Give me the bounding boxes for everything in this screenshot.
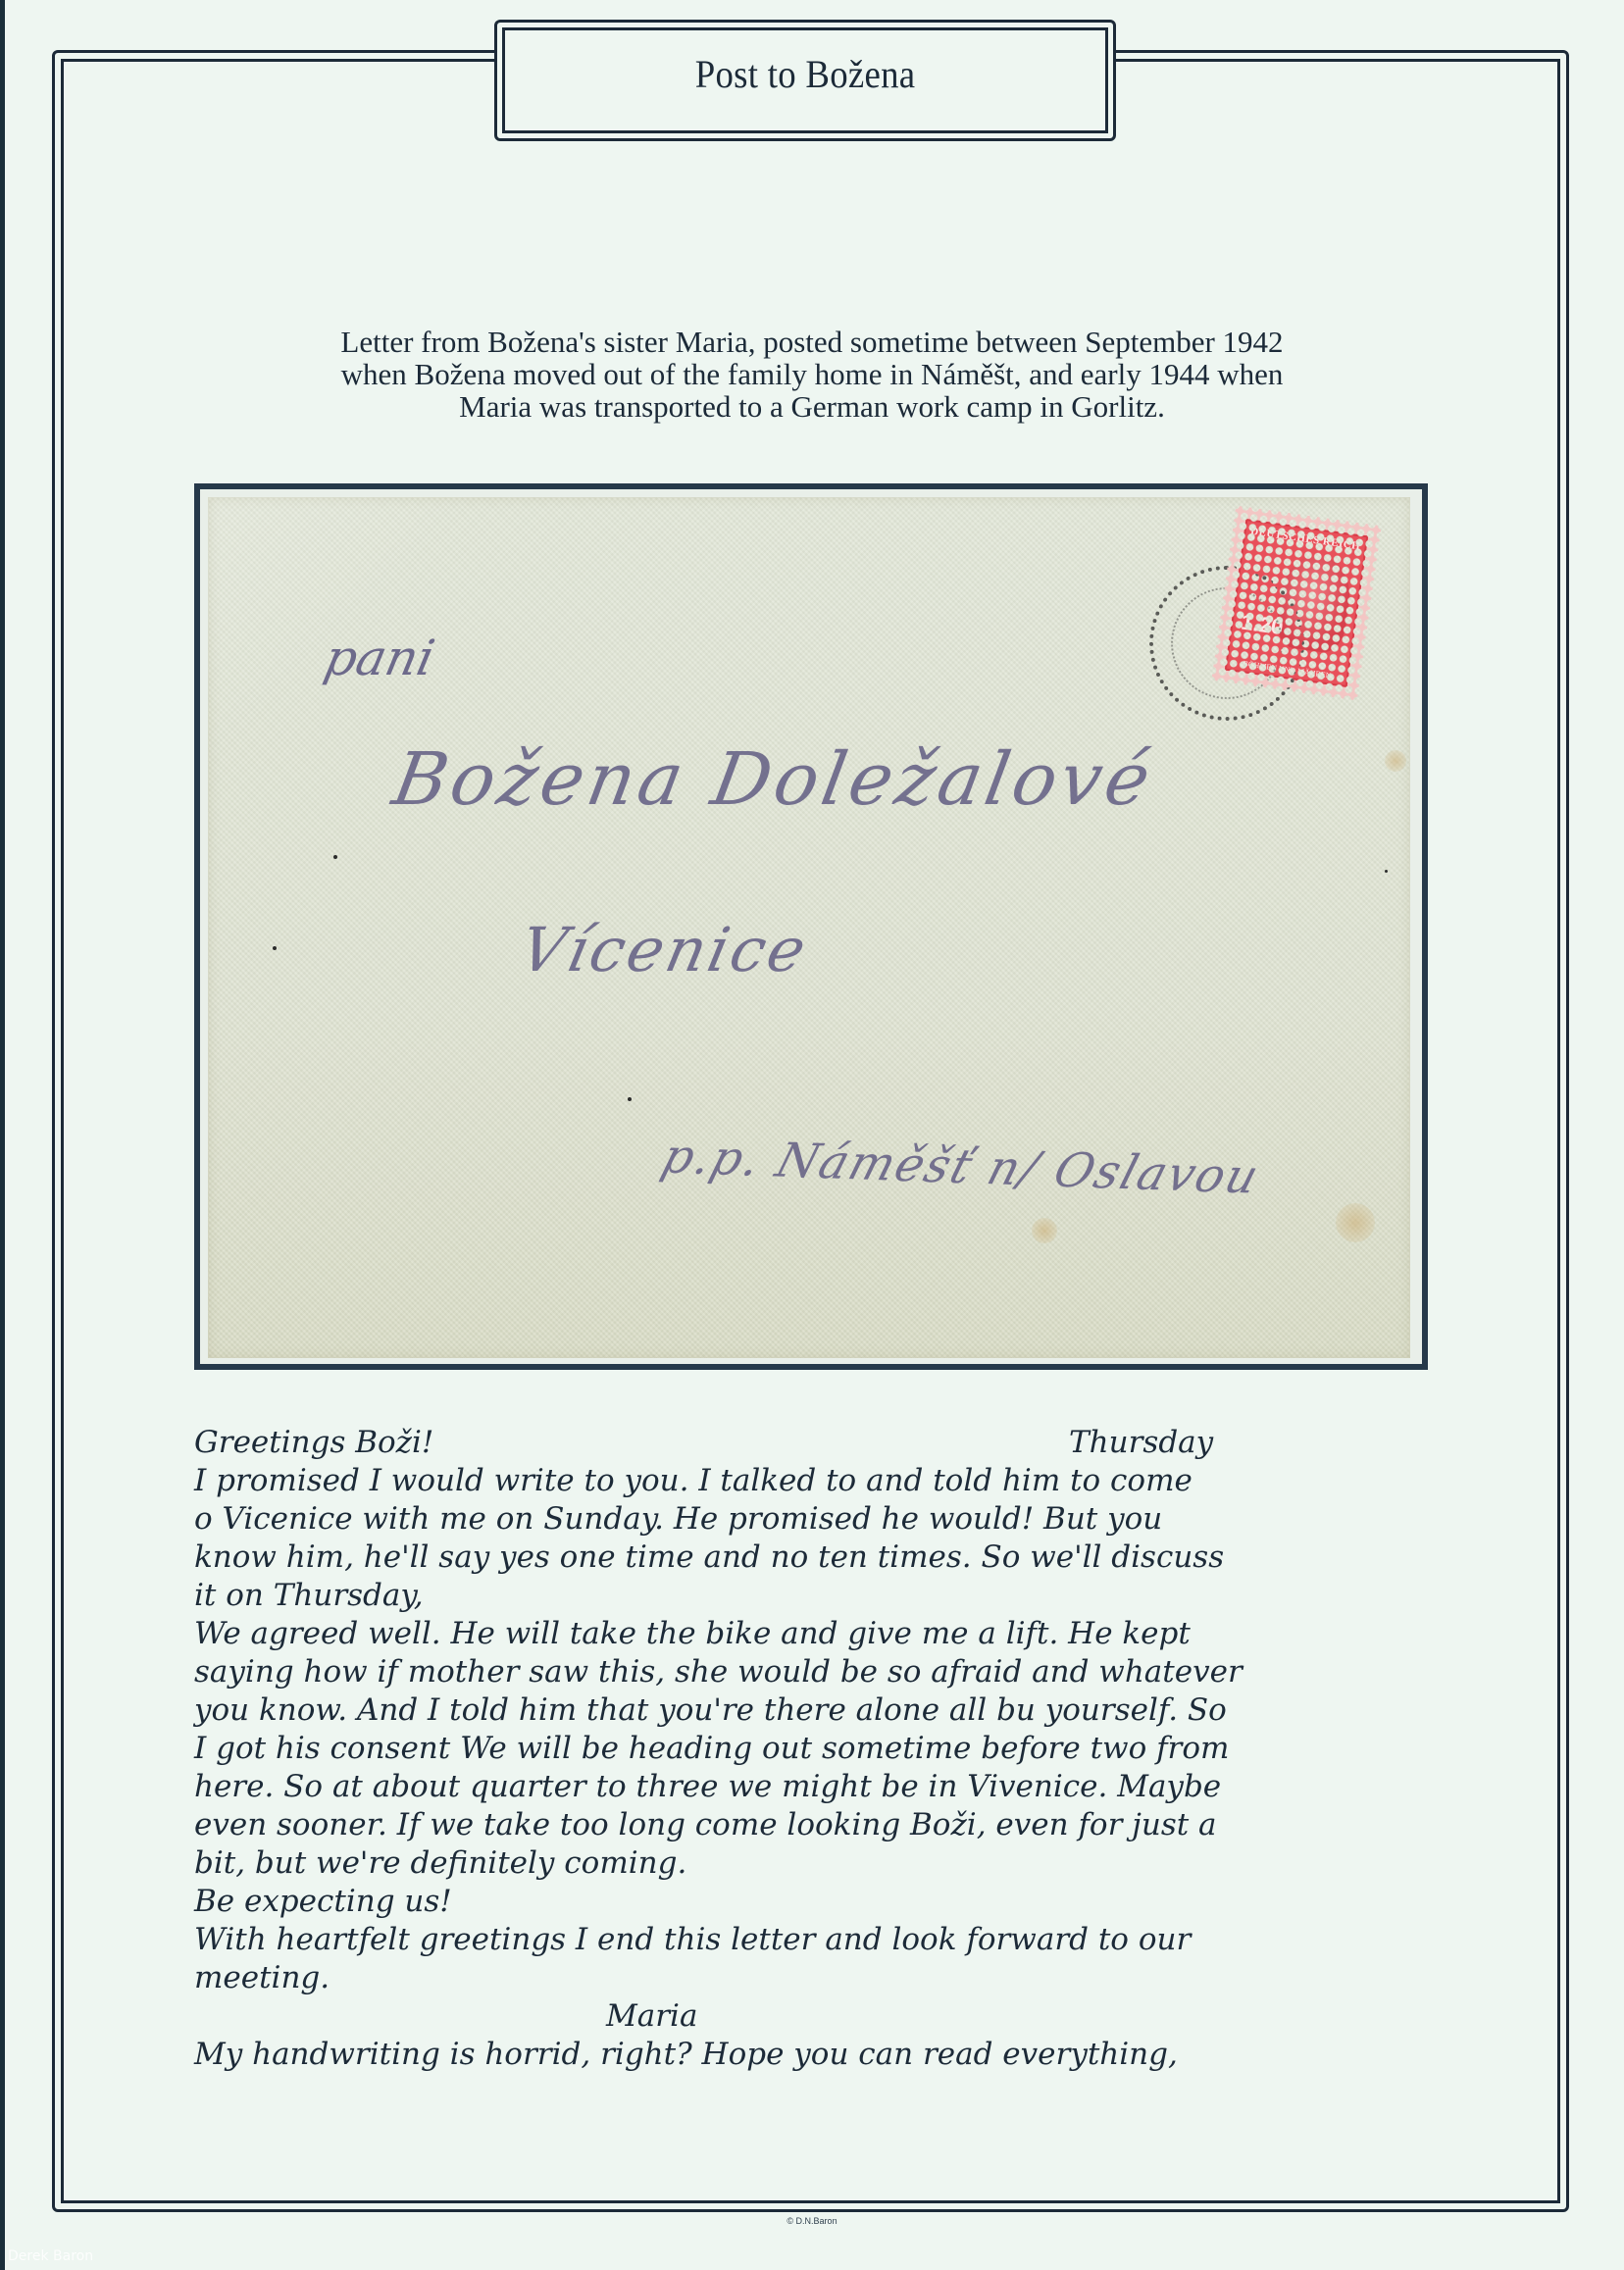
stamp-value: 1.20: [1240, 609, 1285, 640]
stamp-country: DEUTSCHES REICH: [1245, 525, 1365, 553]
address-town: Vícenice: [514, 914, 815, 985]
letter-line: I promised I would write to you. I talke…: [194, 1462, 1449, 1500]
paper-speck: [333, 855, 337, 859]
scan-edge: [0, 0, 5, 2270]
intro-line: when Božena moved out of the family home…: [147, 358, 1477, 390]
letter-line: Be expecting us!: [194, 1883, 1449, 1921]
letter-line: saying how if mother saw this, she would…: [194, 1653, 1449, 1691]
letter-line: o Vicenice with me on Sunday. He promise…: [194, 1500, 1449, 1539]
stamp-portrait-icon: [1274, 552, 1355, 655]
intro-line: Maria was transported to a German work c…: [147, 390, 1477, 423]
letter-line: know him, he'll say yes one time and no …: [194, 1539, 1449, 1577]
letter-date: Thursday: [1069, 1424, 1213, 1462]
paper-speck: [273, 946, 277, 950]
paper-stain: [1336, 1203, 1375, 1242]
letter-line: you know. And I told him that you're the…: [194, 1691, 1449, 1730]
address-post-office: p.p. Náměšť n/ Oslavou: [656, 1129, 1266, 1204]
letter-line: We agreed well. He will take the bike an…: [194, 1615, 1449, 1653]
letter-signature: Maria: [194, 1997, 1449, 2036]
page-title: Post to Božena: [695, 51, 916, 97]
intro-line: Letter from Božena's sister Maria, poste…: [147, 326, 1477, 358]
address-salutation: pani: [320, 630, 439, 686]
copyright-notice: © D.N.Baron: [0, 2216, 1624, 2226]
envelope-mount: DEUTSCHES REICH 1.20 BÖHMEN UND MÄHREN p…: [194, 483, 1428, 1370]
letter-greeting: Greetings Boži!: [194, 1425, 433, 1460]
paper-stain: [1385, 750, 1406, 772]
letter-header: Greetings Boži! Thursday: [194, 1424, 1449, 1462]
letter-line: it on Thursday,: [194, 1577, 1449, 1615]
letter-line: meeting.: [194, 1959, 1449, 1997]
postage-stamp-icon: DEUTSCHES REICH 1.20 BÖHMEN UND MÄHREN: [1211, 505, 1382, 700]
letter-postscript: My handwriting is horrid, right? Hope yo…: [194, 2036, 1449, 2074]
letter-body: I promised I would write to you. I talke…: [194, 1462, 1449, 1997]
stamp-design: DEUTSCHES REICH 1.20 BÖHMEN UND MÄHREN: [1225, 519, 1368, 687]
intro-caption: Letter from Božena's sister Maria, poste…: [147, 326, 1477, 423]
envelope-image: DEUTSCHES REICH 1.20 BÖHMEN UND MÄHREN p…: [208, 497, 1410, 1358]
letter-translation: Greetings Boži! Thursday I promised I wo…: [194, 1424, 1449, 2074]
letter-line: here. So at about quarter to three we mi…: [194, 1768, 1449, 1806]
letter-line: even sooner. If we take too long come lo…: [194, 1806, 1449, 1844]
paper-speck: [628, 1097, 632, 1101]
letter-line: bit, but we're definitely coming.: [194, 1844, 1449, 1883]
paper-stain: [1032, 1218, 1057, 1243]
title-plaque: Post to Božena: [502, 27, 1108, 133]
watermark: Derek Baron: [8, 2248, 93, 2264]
address-recipient: Božena Doležalové: [386, 737, 1159, 822]
stamp-region: BÖHMEN UND MÄHREN: [1227, 657, 1346, 682]
paper-speck: [1385, 870, 1388, 873]
letter-line: I got his consent We will be heading out…: [194, 1730, 1449, 1768]
letter-line: With heartfelt greetings I end this lett…: [194, 1921, 1449, 1959]
